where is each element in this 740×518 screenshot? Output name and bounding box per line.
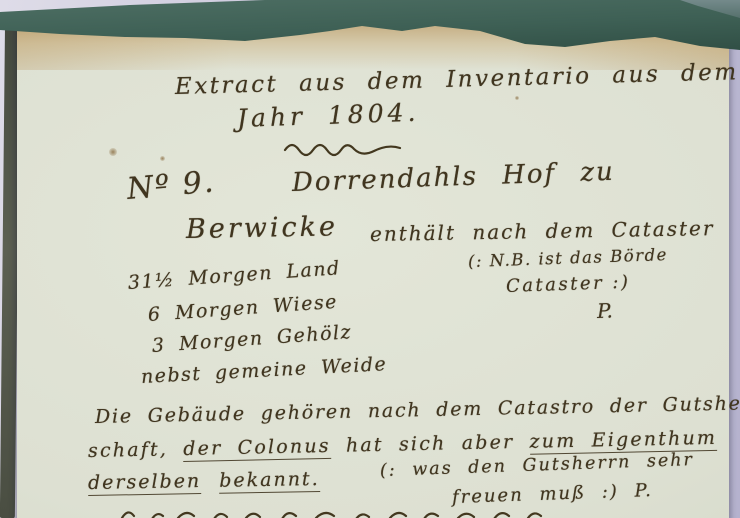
flourish-wave [283,138,403,158]
body-line-2-middle: hat sich aber [330,431,529,457]
paper-stain [160,156,165,161]
paper-stain [515,96,519,100]
entry-place: Berwicke [186,211,338,245]
paper-stain [109,148,117,156]
margin-note-line-2: Cataster :) [506,272,631,297]
body-line-3: derselben bekannt. [88,468,320,494]
clipped-text-fragment [118,506,548,518]
underlined-phrase-colonus: der Colonus [183,435,331,462]
photo-background: Extract aus dem Inventario aus dem Jahr … [0,0,740,518]
body-line-2-start: schaft, [88,438,184,462]
margin-note-initial: P. [597,298,614,323]
underlined-word-bekannt: bekannt. [219,468,320,494]
underlined-word-derselben: derselben [88,470,202,496]
